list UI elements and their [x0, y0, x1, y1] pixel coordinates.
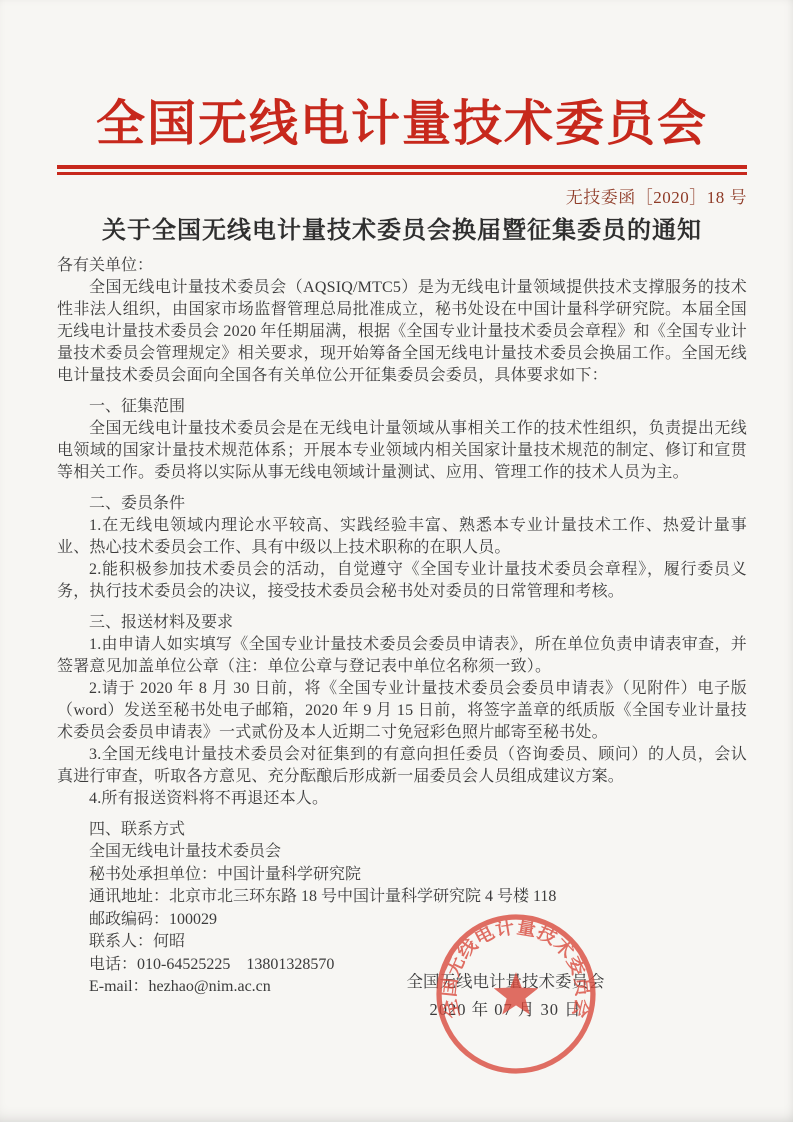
section-scope: 一、征集范围 全国无线电计量技术委员会是在无线电计量领域从事相关工作的技术性组织… — [57, 396, 747, 484]
intro-paragraph: 全国无线电计量技术委员会（AQSIQ/MTC5）是为无线电计量领域提供技术支撑服… — [57, 277, 747, 387]
section-materials: 三、报送材料及要求 1.由申请人如实填写《全国专业计量技术委员会委员申请表》，所… — [57, 612, 747, 810]
letterhead-org-name: 全国无线电计量技术委员会 — [57, 96, 747, 152]
document-page: 全国无线电计量技术委员会 无技委函［2020］18 号 关于全国无线电计量技术委… — [0, 0, 793, 1122]
notice-title: 关于全国无线电计量技术委员会换届暨征集委员的通知 — [57, 217, 747, 246]
doc-number: 无技委函［2020］18 号 — [57, 183, 747, 208]
section-paragraph: 1.在无线电领域内理论水平较高、实践经验丰富、熟悉本专业计量技术工作、热爱计量事… — [57, 515, 747, 559]
letterhead-double-rule — [57, 165, 747, 175]
section-paragraph: 1.由申请人如实填写《全国专业计量技术委员会委员申请表》，所在单位负责申请表审查… — [57, 634, 747, 678]
section-heading: 三、报送材料及要求 — [57, 612, 747, 634]
signature-block: 全国无线电计量技术委员会 2020 年 07 月 30 日 — [383, 972, 628, 1020]
contact-secretariat: 秘书处承担单位：中国计量科学研究院 — [57, 864, 747, 887]
section-heading: 二、委员条件 — [57, 493, 747, 515]
rule-bottom — [57, 172, 747, 175]
rule-top — [57, 165, 747, 169]
contact-org: 全国无线电计量技术委员会 — [57, 841, 747, 864]
section-requirements: 二、委员条件 1.在无线电领域内理论水平较高、实践经验丰富、熟悉本专业计量技术工… — [57, 493, 747, 603]
section-paragraph: 全国无线电计量技术委员会是在无线电计量领域从事相关工作的技术性组织，负责提出无线… — [57, 418, 747, 484]
contact-person: 联系人：何昭 — [57, 931, 747, 954]
signature-org: 全国无线电计量技术委员会 — [383, 972, 628, 993]
section-paragraph: 2.能积极参加技术委员会的活动，自觉遵守《全国专业计量技术委员会章程》，履行委员… — [57, 559, 747, 603]
section-heading: 四、联系方式 — [57, 819, 747, 841]
contact-postcode: 邮政编码：100029 — [57, 909, 747, 932]
section-paragraph: 4.所有报送资料将不再退还本人。 — [57, 788, 747, 810]
document-content: 全国无线电计量技术委员会 无技委函［2020］18 号 关于全国无线电计量技术委… — [0, 96, 793, 999]
section-paragraph: 3.全国无线电计量技术委员会对征集到的有意向担任委员（咨询委员、顾问）的人员，会… — [57, 744, 747, 788]
section-paragraph: 2.请于 2020 年 8 月 30 日前，将《全国专业计量技术委员会委员申请表… — [57, 678, 747, 744]
salutation: 各有关单位： — [57, 255, 747, 277]
contact-address: 通讯地址：北京市北三环东路 18 号中国计量科学研究院 4 号楼 118 — [57, 886, 747, 909]
section-heading: 一、征集范围 — [57, 396, 747, 418]
signature-date: 2020 年 07 月 30 日 — [383, 1000, 628, 1021]
